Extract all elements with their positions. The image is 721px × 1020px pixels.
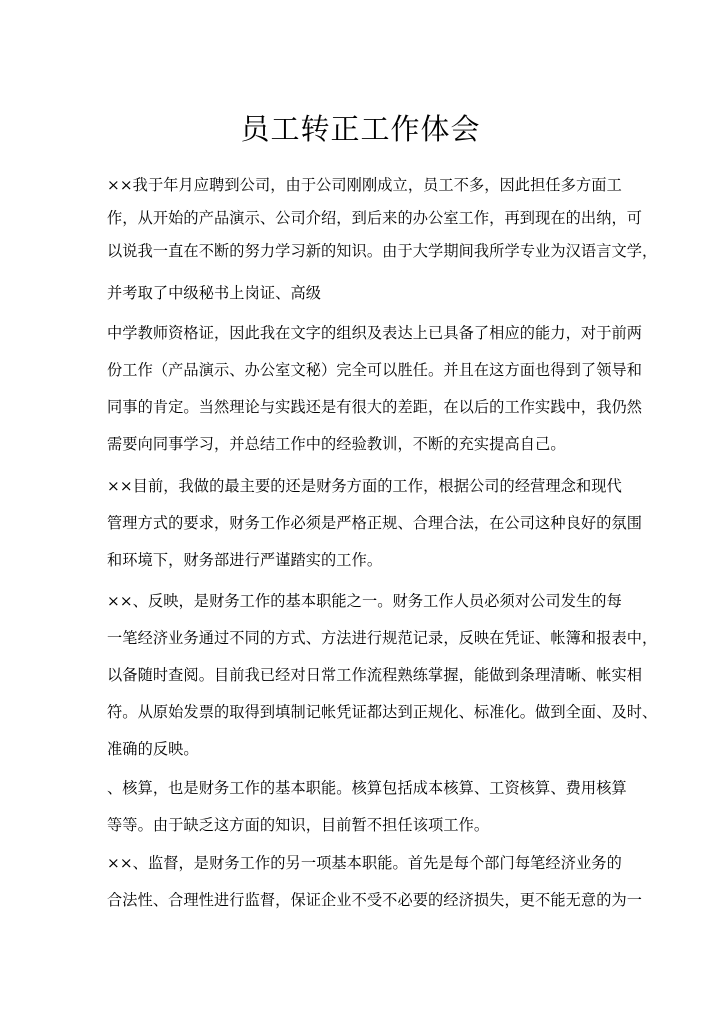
text-line: ××、反映，是财务工作的基本职能之一。财务工作人员必须对公司发生的每 (107, 591, 617, 611)
text-line: ××我于年月应聘到公司，由于公司刚刚成立，员工不多，因此担任多方面工 (107, 175, 617, 195)
text-line: 管理方式的要求，财务工作必须是严格正规、合理合法，在公司这种良好的氛围 (107, 513, 617, 533)
text-line: 需要向同事学习，并总结工作中的经验教训，不断的充实提高自己。 (107, 434, 617, 454)
document-title: 员工转正工作体会 (0, 107, 721, 148)
text-line: 份工作（产品演示、办公室文秘）完全可以胜任。并且在这方面也得到了领导和 (107, 360, 617, 380)
text-line: 一笔经济业务通过不同的方式、方法进行规范记录，反映在凭证、帐簿和报表中， (107, 628, 617, 648)
text-line: 准确的反映。 (107, 739, 617, 759)
text-line: 和环境下，财务部进行严谨踏实的工作。 (107, 550, 617, 570)
text-line: 中学教师资格证，因此我在文字的组织及表达上已具备了相应的能力，对于前两 (107, 323, 617, 343)
text-line: 作，从开始的产品演示、公司介绍，到后来的办公室工作，再到现在的出纳，可 (107, 208, 617, 228)
text-line: ××、监督，是财务工作的另一项基本职能。首先是每个部门每笔经济业务的 (107, 853, 617, 873)
text-line: 、核算，也是财务工作的基本职能。核算包括成本核算、工资核算、费用核算 (107, 778, 617, 798)
text-line: ××目前，我做的最主要的还是财务方面的工作，根据公司的经营理念和现代 (107, 476, 617, 496)
text-line: 合法性、合理性进行监督，保证企业不受不必要的经济损失，更不能无意的为一 (107, 890, 617, 910)
text-line: 以备随时查阅。目前我已经对日常工作流程熟练掌握，能做到条理清晰、帐实相 (107, 665, 617, 685)
text-line: 符。从原始发票的取得到填制记帐凭证都达到正规化、标准化。做到全面、及时、 (107, 702, 617, 722)
text-line: 等等。由于缺乏这方面的知识，目前暂不担任该项工作。 (107, 815, 617, 835)
text-line: 以说我一直在不断的努力学习新的知识。由于大学期间我所学专业为汉语言文学， (107, 241, 617, 261)
text-line: 并考取了中级秘书上岗证、高级 (107, 283, 617, 303)
text-line: 同事的肯定。当然理论与实践还是有很大的差距，在以后的工作实践中，我仍然 (107, 397, 617, 417)
